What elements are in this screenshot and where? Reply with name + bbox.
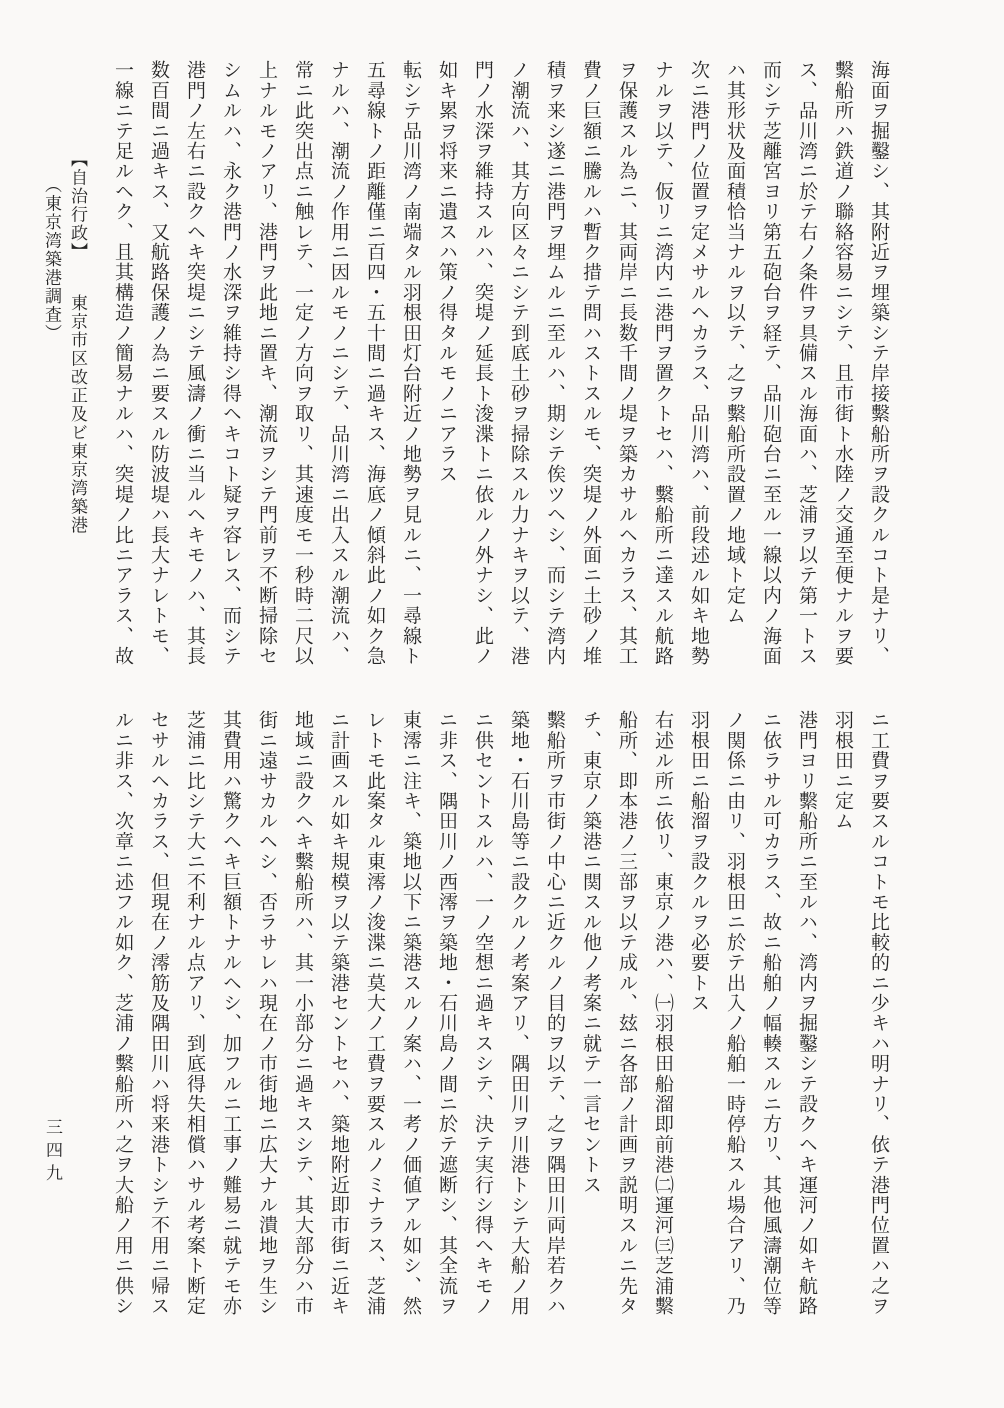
text-column: ニ依ラサル可カラス、故ニ船舶ノ幅輳スルニ方リ、其他風濤潮位等 <box>753 710 789 1324</box>
document-page: 【自治行政】 東京市区改正及ビ東京湾築港 （東京湾築港調査） 海面ヲ掘鑿シ、其附… <box>0 0 1004 1408</box>
text-column: 如キ累ヲ将来ニ遺スハ策ノ得タルモノニアラス <box>429 60 465 674</box>
margin-category: 【自治行政】 <box>64 150 90 261</box>
text-column: 上ナルモノアリ、港門ヲ此地ニ置キ、潮流ヲシテ門前ヲ不断掃除セ <box>249 60 285 674</box>
text-column: ニ工費ヲ要スルコトモ比較的ニ少キハ明ナリ、依テ港門位置ハ之ヲ <box>861 710 897 1324</box>
text-column: シムルハ、永ク港門ノ水深ヲ維持シ得ヘキコト疑ヲ容レス、而シテ <box>213 60 249 674</box>
text-column: 地域ニ設クヘキ繫船所ハ、其一小部分ニ過キスシテ、其大部分ハ市 <box>285 710 321 1324</box>
text-column: 船所、即本港ノ三部ヲ以テ成ル、玆ニ各部ノ計画ヲ説明スルニ先タ <box>609 710 645 1324</box>
margin-label: 【自治行政】 東京市区改正及ビ東京湾築港 （東京湾築港調査） <box>38 150 90 650</box>
text-column: 積ヲ来シ遂ニ港門ヲ埋ムルニ至ルハ、期シテ俟ツヘシ、而シテ湾内 <box>537 60 573 674</box>
text-column: 東澪ニ注キ、築地以下ニ築港スルノ案ハ、一考ノ価値アル如シ、然 <box>393 710 429 1324</box>
text-column: 門ノ水深ヲ維持スルハ、突堤ノ延長ト浚渫トニ依ルノ外ナシ、此ノ <box>465 60 501 674</box>
text-column: ハ其形状及面積恰当ナルヲ以テ、之ヲ繫船所設置ノ地域ト定ム <box>717 60 753 674</box>
text-column: 数百間ニ過キス、又航路保護ノ為ニ要スル防波堤ハ長大ナレトモ、 <box>141 60 177 674</box>
text-column: 港門ノ左右ニ設クヘキ突堤ニシテ風濤ノ衝ニ当ルヘキモノハ、其長 <box>177 60 213 674</box>
text-column: 費ノ巨額ニ騰ルハ暫ク措テ問ハストスルモ、突堤ノ外面ニ土砂ノ堆 <box>573 60 609 674</box>
text-column: ニ供セントスルハ、一ノ空想ニ過キスシテ、決テ実行シ得ヘキモノ <box>465 710 501 1324</box>
text-column: 海面ヲ掘鑿シ、其附近ヲ埋築シテ岸接繫船所ヲ設クルコト是ナリ、 <box>861 60 897 674</box>
text-column: 街ニ遠サカルヘシ、否ラサレハ現在ノ市街地ニ広大ナル潰地ヲ生シ <box>249 710 285 1324</box>
text-column: ルニ非ス、次章ニ述フル如ク、芝浦ノ繫船所ハ之ヲ大船ノ用ニ供シ <box>105 710 141 1324</box>
margin-subtitle: （東京湾築港調査） <box>38 176 64 343</box>
text-column: 羽根田ニ定ム <box>825 710 861 1324</box>
text-column: 次ニ港門ノ位置ヲ定メサルヘカラス、品川湾ハ、前段述ル如キ地勢 <box>681 60 717 674</box>
text-column: ニ計画スル如キ規模ヲ以テ築港セントセハ、築地附近即市街ニ近キ <box>321 710 357 1324</box>
text-column: 而シテ芝離宮ヨリ第五砲台ヲ経テ、品川砲台ニ至ル一線以内ノ海面 <box>753 60 789 674</box>
text-column: 築地・石川島等ニ設クルノ考案アリ、隅田川ヲ川港トシテ大船ノ用 <box>501 710 537 1324</box>
text-column: 其費用ハ驚クヘキ巨額トナルヘシ、加フルニ工事ノ難易ニ就テモ亦 <box>213 710 249 1324</box>
text-column: 繫船所ヲ市街ノ中心ニ近クルノ目的ヲ以テ、之ヲ隅田川両岸若クハ <box>537 710 573 1324</box>
text-column: ニ非ス、隅田川ノ西澪ヲ築地・石川島ノ間ニ於テ遮断シ、其全流ヲ <box>429 710 465 1324</box>
top-text-block: 海面ヲ掘鑿シ、其附近ヲ埋築シテ岸接繫船所ヲ設クルコト是ナリ、繫船所ハ鉄道ノ聯絡容… <box>103 60 897 674</box>
text-column: 羽根田ニ船溜ヲ設クルヲ必要トス <box>681 710 717 1324</box>
text-column: 一線ニテ足ルヘク、且其構造ノ簡易ナルハ、突堤ノ比ニアラス、故 <box>105 60 141 674</box>
text-column: 繫船所ハ鉄道ノ聯絡容易ニシテ、且市街ト水陸ノ交通至便ナルヲ要 <box>825 60 861 674</box>
text-column: ヲ保護スル為ニ、其両岸ニ長数千間ノ堤ヲ築カサルヘカラス、其工 <box>609 60 645 674</box>
page-number: 三四九 <box>40 1118 64 1187</box>
text-column: ナルヲ以テ、仮リニ湾内ニ港門ヲ置クトセハ、繫船所ニ達スル航路 <box>645 60 681 674</box>
text-column: セサルヘカラス、但現在ノ澪筋及隅田川ハ将来港トシテ不用ニ帰ス <box>141 710 177 1324</box>
text-column: ノ関係ニ由リ、羽根田ニ於テ出入ノ船舶一時停船スル場合アリ、乃 <box>717 710 753 1324</box>
text-column: 右述ル所ニ依リ、東京ノ港ハ、㈠羽根田船溜即前港㈡運河㈢芝浦繫 <box>645 710 681 1324</box>
text-column: ス、品川湾ニ於テ右ノ条件ヲ具備スル海面ハ、芝浦ヲ以テ第一トス <box>789 60 825 674</box>
text-column: 港門ヨリ繫船所ニ至ルハ、湾内ヲ掘鑿シテ設クヘキ運河ノ如キ航路 <box>789 710 825 1324</box>
text-column: レトモ此案タル東澪ノ浚渫ニ莫大ノ工費ヲ要スルノミナラス、芝浦 <box>357 710 393 1324</box>
text-column: 転シテ品川湾ノ南端タル羽根田灯台附近ノ地勢ヲ見ルニ、一尋線ト <box>393 60 429 674</box>
text-column: 芝浦ニ比シテ大ニ不利ナル点アリ、到底得失相償ハサル考案ト断定 <box>177 710 213 1324</box>
text-column: チ、東京ノ築港ニ関スル他ノ考案ニ就テ一言セントス <box>573 710 609 1324</box>
bottom-text-block: ニ工費ヲ要スルコトモ比較的ニ少キハ明ナリ、依テ港門位置ハ之ヲ羽根田ニ定ム港門ヨリ… <box>103 710 897 1324</box>
margin-title: 東京市区改正及ビ東京湾築港 <box>64 294 90 535</box>
text-column: 五尋線トノ距離僅ニ百四・五十間ニ過キス、海底ノ傾斜此ノ如ク急 <box>357 60 393 674</box>
text-column: ナルハ、潮流ノ作用ニ因ルモノニシテ、品川湾ニ出入スル潮流ハ、 <box>321 60 357 674</box>
text-column: 常ニ此突出点ニ触レテ、一定ノ方向ヲ取リ、其速度モ一秒時二尺以 <box>285 60 321 674</box>
text-column: ノ潮流ハ、其方向区々ニシテ到底土砂ヲ掃除スル力ナキヲ以テ、港 <box>501 60 537 674</box>
